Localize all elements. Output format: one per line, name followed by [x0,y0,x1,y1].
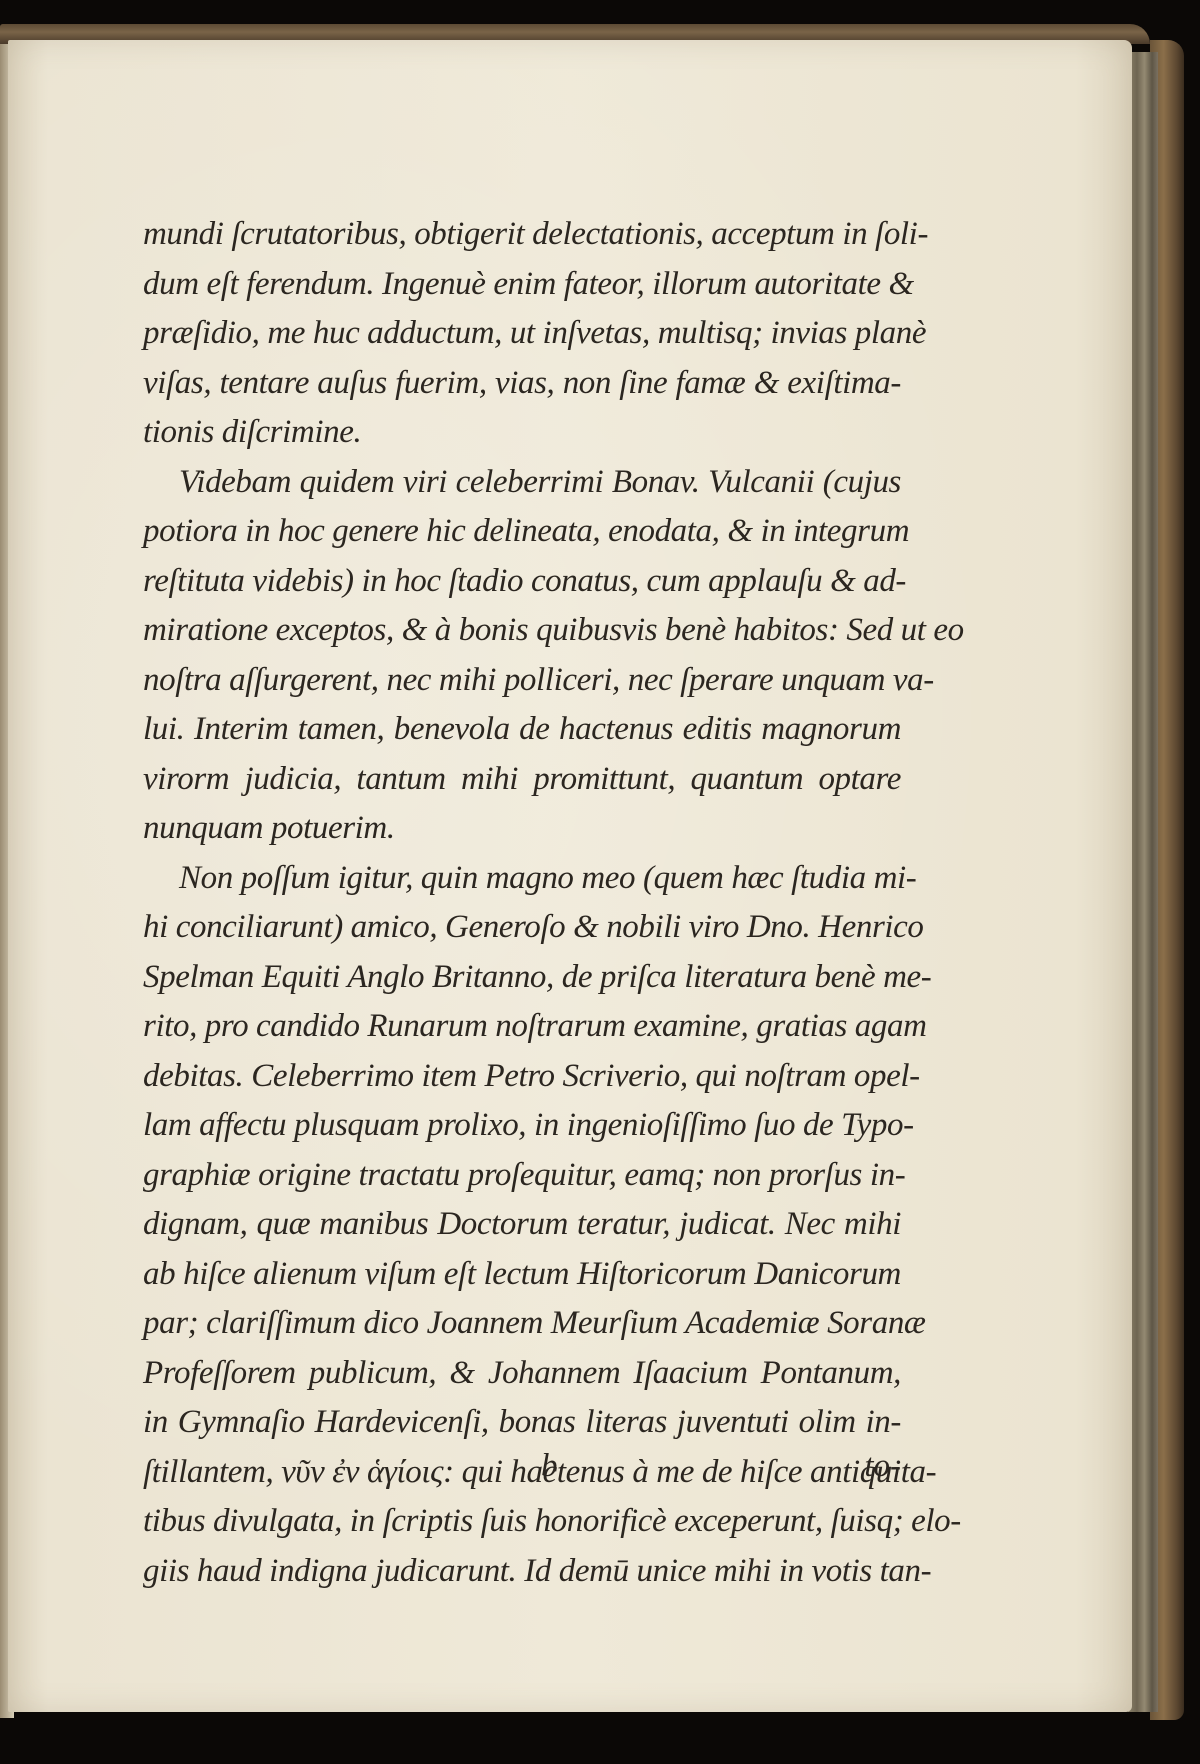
paragraph-start-line: Non poſſum igitur, quin magno meo (quem … [143,854,901,904]
text-line: dignam, quæ manibus Doctorum teratur, ju… [143,1200,901,1250]
text-line: graphiæ origine tractatu proſequitur, ea… [143,1151,901,1201]
text-line: miratione exceptos, & à bonis quibusvis … [143,606,901,656]
text-line: nunquam potuerim. [143,804,901,854]
text-line: tibus divulgata, in ſcriptis ſuis honori… [143,1497,901,1547]
text-line: Spelman Equiti Anglo Britanno, de priſca… [143,953,901,1003]
text-line: giis haud indigna judicarunt. Id demū un… [143,1547,901,1597]
text-line: rito, pro candido Runarum noſtrarum exam… [143,1002,901,1052]
text-line: mundi ſcrutatoribus, obtigerit delectati… [143,210,901,260]
text-line: in Gymnaſio Hardevicenſi, bonas literas … [143,1398,901,1448]
body-text: mundi ſcrutatoribus, obtigerit delectati… [143,210,901,1596]
text-line: virorm judicia, tantum mihi promittunt, … [143,755,901,805]
signature-mark: b [541,1448,558,1485]
catchword: to- [864,1448,901,1485]
text-line: tionis diſcrimine. [143,408,901,458]
text-line: reſtituta videbis) in hoc ſtadio conatus… [143,557,901,607]
text-line: dum eſt ferendum. Ingenuè enim fateor, i… [143,260,901,310]
text-line: debitas. Celeberrimo item Petro Scriveri… [143,1052,901,1102]
text-line: hi conciliarunt) amico, Generoſo & nobil… [143,903,901,953]
text-line: lui. Interim tamen, benevola de hactenus… [143,705,901,755]
text-line: ab hiſce alienum viſum eſt lectum Hiſtor… [143,1250,901,1300]
page-footer: b to- [143,1448,901,1488]
text-line: viſas, tentare auſus fuerim, vias, non ſ… [143,359,901,409]
text-line: par; clariſſimum dico Joannem Meurſium A… [143,1299,901,1349]
text-line: lam affectu plusquam prolixo, in ingenio… [143,1101,901,1151]
text-line: noſtra aſſurgerent, nec mihi polliceri, … [143,656,901,706]
text-line: potiora in hoc genere hic delineata, eno… [143,507,901,557]
paragraph-start-line: Videbam quidem viri celeberrimi Bonav. V… [143,458,901,508]
text-line: præſidio, me huc adductum, ut inſvetas, … [143,309,901,359]
page-fore-edge [1128,52,1158,1712]
text-line: Profeſſorem publicum, & Johannem Iſaaciu… [143,1349,901,1399]
